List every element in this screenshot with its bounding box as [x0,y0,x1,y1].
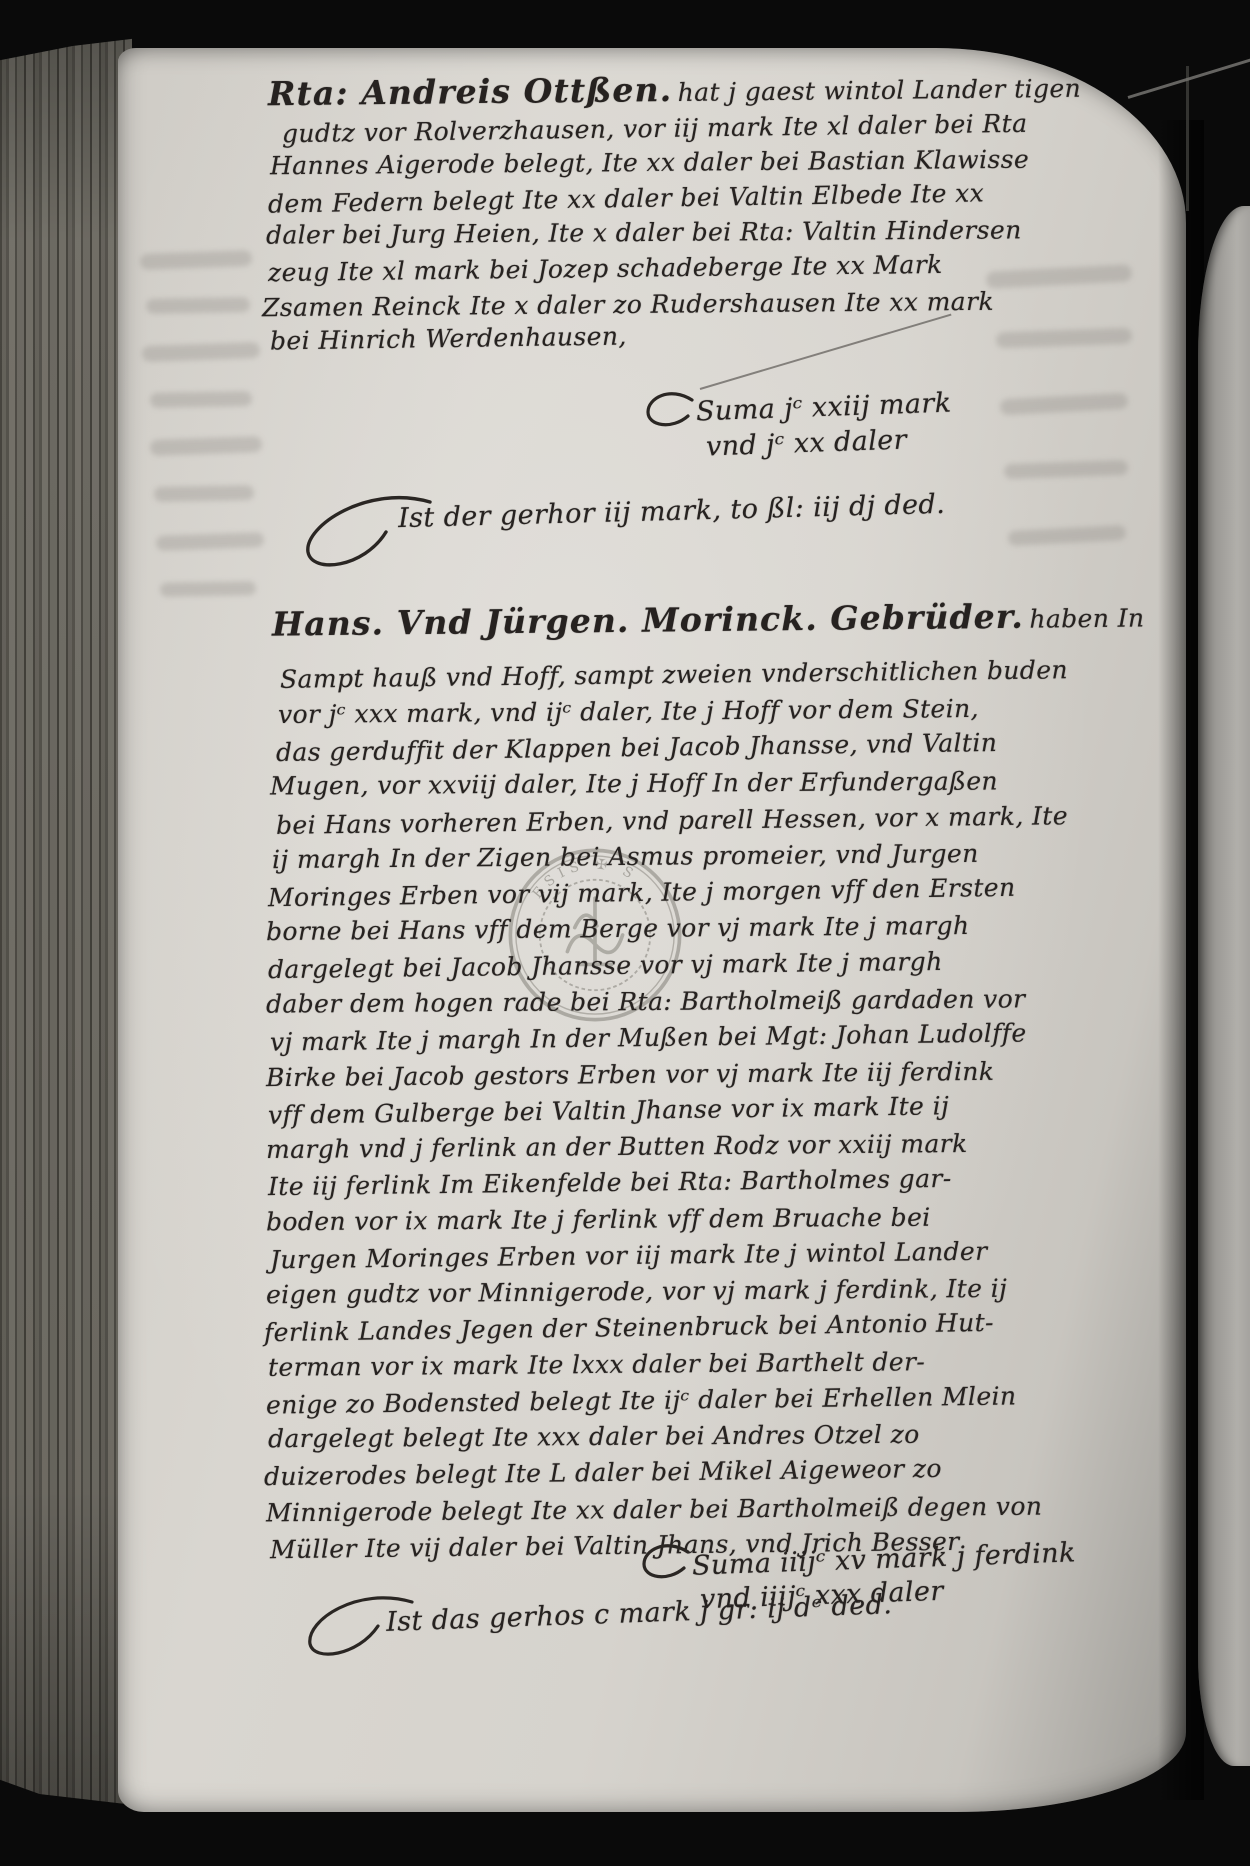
book-fore-edge-shade [0,30,132,1810]
facing-page-edge [1198,206,1250,1766]
manuscript-line: terman vor ix mark Ite lxxx daler bei Ba… [268,1347,925,1382]
bleed-through-smudge [146,297,250,314]
manuscript-line: daler bei Jurg Heien, Ite x daler bei Rt… [266,215,1022,249]
manuscript-line: ij margh In der Zigen bei Asmus promeier… [272,839,979,874]
entry-heading-rest: hat j gaest wintol Lander tigen [678,74,1082,107]
manuscript-line: dargelegt belegt Ite xxx daler bei Andre… [268,1420,920,1454]
flourish-icon [640,1542,692,1586]
manuscript-line: Mugen, vor xxviij daler, Ite j Hoff In d… [270,766,998,800]
entry-heading-rest: haben In [1029,603,1144,633]
manuscript-photo: ESIS ✠ S Rta: Andreis Ottßen. hat j gaes… [0,0,1250,1866]
entry-heading-name: Hans. Vnd Jürgen. Morinck. Gebrüder. [272,597,1024,644]
manuscript-line: vor jᶜ xxx mark, vnd ijᶜ daler, Ite j Ho… [278,694,979,729]
manuscript-line: daber dem hogen rade bei Rta: Bartholmei… [266,984,1026,1018]
manuscript-line: boden vor ix mark Ite j ferlink vff dem … [266,1203,931,1237]
bleed-through-smudge [150,391,252,408]
facing-page-edge-line [1186,66,1189,211]
bleed-through-smudge [160,581,256,597]
bleed-through-smudge [154,485,254,502]
manuscript-line: bei Hinrich Werdenhausen, [270,322,627,356]
flourish-icon [644,390,696,434]
manuscript-line: borne bei Hans vff dem Berge vor vj mark… [266,911,970,946]
entry-heading-name: Rta: Andreis Ottßen. [268,70,673,113]
manuscript-line: margh vnd j ferlink an der Butten Rodz v… [266,1129,968,1164]
